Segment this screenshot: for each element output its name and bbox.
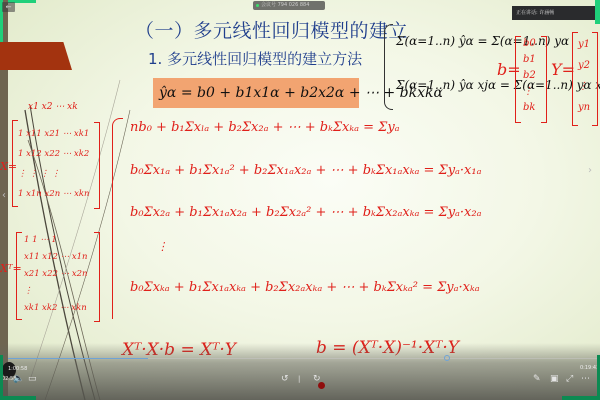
X-row: 1 x1n x2n ⋯ xkn: [18, 184, 90, 204]
record-indicator-icon: [318, 382, 325, 389]
equation-row-2: b₀Σx₁ₐ + b₁Σx₁ₐ² + b₂Σx₁ₐx₂ₐ + ⋯ + bₖΣx₁…: [130, 163, 481, 178]
equation-row-k: b₀Σxₖₐ + b₁Σx₁ₐxₖₐ + b₂Σx₂ₐxₖₐ + ⋯ + bₖΣ…: [130, 280, 480, 295]
X-bracket-right: [94, 122, 100, 209]
XT-row: x11 x12 ⋯ x1n: [24, 249, 88, 266]
Y-entry: ⋮: [578, 76, 590, 97]
right-accent: [595, 0, 600, 24]
b-bracket-left: [515, 36, 521, 123]
system-brace: [384, 24, 393, 110]
model-formula: ŷα = b0 + b1x1α + b2x2α + ⋯ + bkxkα: [153, 78, 359, 108]
equation-row-3: b₀Σx₂ₐ + b₁Σx₁ₐx₂ₐ + b₂Σx₂ₐ² + ⋯ + bₖΣx₂…: [130, 205, 481, 220]
X-row: 1 x12 x22 ⋯ xk2: [18, 144, 90, 164]
speaker-notice: 正在讲话: 许涵畅: [512, 6, 595, 20]
XT-row: x21 x22 ⋯ x2n: [24, 266, 88, 283]
XT-row: xk1 xk2 ⋯ xkn: [24, 300, 88, 317]
b-bracket-right: [541, 36, 547, 123]
slide-canvas: ← 会议号 794 026 884 正在讲话: 许涵畅 （一）多元线性回归模型的…: [0, 0, 600, 400]
normal-equation-2: Σ(α=1..n) ŷα xjα = Σ(α=1..n) yα xjα: [396, 78, 600, 92]
XT-row: 1 1 ⋯ 1: [24, 232, 88, 249]
player-controls-bar: [0, 343, 600, 400]
progress-fill: [8, 358, 148, 359]
X-matrix: 1 x11 x21 ⋯ xk1 1 x12 x22 ⋯ xk2 ⋮ ⋮ ⋮ ⋮ …: [18, 124, 90, 204]
back-button[interactable]: ←: [2, 2, 15, 12]
b-entry: b0: [523, 36, 536, 52]
equations-brace: [112, 118, 123, 319]
frame-accent: [562, 396, 600, 400]
meeting-status-pill: 会议号 794 026 884: [253, 1, 325, 10]
X-row: ⋮ ⋮ ⋮ ⋮: [18, 164, 90, 184]
slide-subtitle: 1. 多元线性回归模型的建立方法: [148, 48, 362, 69]
b-entry: ⋮: [523, 84, 536, 100]
X-row: 1 x11 x21 ⋯ xk1: [18, 124, 90, 144]
slide-title: （一）多元线性回归模型的建立: [135, 16, 408, 43]
b-entry: b1: [523, 52, 536, 68]
Y-vector: y1 y2 ⋮ yn: [578, 34, 590, 118]
slide-banner: [0, 42, 72, 70]
b-entry: b2: [523, 68, 536, 84]
meeting-id: 会议号 794 026 884: [261, 2, 309, 8]
subtitle-icon[interactable]: ▭: [28, 374, 37, 384]
b-entry: bk: [523, 100, 536, 116]
Y-entry: y1: [578, 34, 590, 55]
XT-bracket-right: [94, 232, 100, 322]
next-slide-arrow[interactable]: ›: [588, 165, 592, 176]
volume-icon[interactable]: 🔈: [13, 374, 24, 384]
frame-accent: [0, 396, 36, 400]
frame-accent: [0, 355, 3, 400]
caption-icon[interactable]: ▣: [550, 374, 559, 384]
more-icon[interactable]: ⋯: [581, 374, 590, 384]
x-header: x1 x2 ⋯ xk: [28, 102, 78, 112]
Y-bracket-right: [592, 32, 598, 126]
equation-row-1: nb₀ + b₁Σxₗₐ + b₂Σx₂ₐ + ⋯ + bₖΣxₖₐ = Σyₐ: [130, 120, 400, 135]
equation-ellipsis: ⋮: [157, 240, 168, 253]
current-time: 1:00:58: [8, 366, 27, 372]
separator-icon: |: [298, 374, 300, 384]
Y-entry: y2: [578, 55, 590, 76]
pen-icon[interactable]: ✎: [533, 374, 541, 384]
live-dot-icon: [256, 4, 259, 7]
rewind-icon[interactable]: ↺: [281, 374, 289, 384]
progress-thumb[interactable]: [444, 355, 450, 361]
XT-bracket-left: [16, 232, 22, 320]
prev-slide-arrow[interactable]: ‹: [2, 190, 6, 201]
XT-matrix: 1 1 ⋯ 1 x11 x12 ⋯ x1n x21 x22 ⋯ x2n ⋮ xk…: [24, 232, 88, 317]
b-vector: b0 b1 b2 ⋮ bk: [523, 36, 536, 116]
fullscreen-icon[interactable]: ⤢: [566, 374, 573, 384]
XT-row: ⋮: [24, 283, 88, 300]
Y-entry: yn: [578, 97, 590, 118]
